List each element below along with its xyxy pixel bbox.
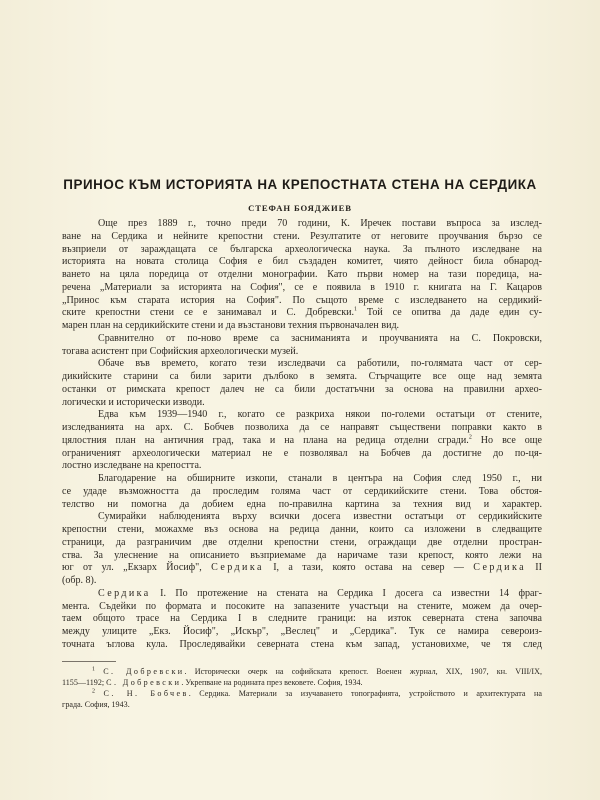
text-line: крепостни стени, можахме въз основа на р… — [62, 524, 542, 537]
text-line: изследванията на арх. С. Бобчев позволих… — [62, 422, 542, 435]
text-segment: II — [526, 562, 542, 573]
footnote-text: . Укрепване на родината през вековете. С… — [181, 678, 362, 687]
paragraph: Едва към 1939—1940 г., когато се разкрих… — [62, 409, 542, 473]
text-line: телство ни помогна да добием една по-пра… — [62, 499, 542, 512]
footnote-2-cont: града. София, 1943. — [62, 699, 542, 710]
footnote-text: 1155—1192; — [62, 678, 106, 687]
text-line: страници, да разграничим две отделни кре… — [62, 537, 542, 550]
article-title: ПРИНОС КЪМ ИСТОРИЯТА НА КРЕПОСТНАТА СТЕН… — [0, 177, 600, 192]
text-line: мента. Съдейки по формата и посоките на … — [62, 601, 542, 614]
text-line: Благодарение на обширните изкопи, станал… — [62, 473, 542, 486]
text-line: се удаде възможността да проследим голям… — [62, 486, 542, 499]
text-line: Едва към 1939—1940 г., когато се разкрих… — [62, 409, 542, 422]
text-segment: Но все още — [472, 435, 542, 446]
footnotes: 1 С. Добревски. Исторически очерк на соф… — [62, 666, 542, 710]
text-line: речена „Материали за историята на София"… — [62, 282, 542, 295]
footnote-author: С. Добревски — [106, 678, 181, 687]
section-lead-term: Сердика — [98, 588, 151, 599]
text-line: Обаче във времето, когато тези изследвач… — [62, 358, 542, 371]
text-line: Сравнително от по-ново време са засниман… — [62, 333, 542, 346]
scanned-page: ПРИНОС КЪМ ИСТОРИЯТА НА КРЕПОСТНАТА СТЕН… — [0, 0, 600, 800]
footnote-1: 1 С. Добревски. Исторически очерк на соф… — [62, 666, 542, 677]
text-line: Сердика I. По протежение на стената на С… — [62, 588, 542, 601]
text-line: логически и исторически изводи. — [62, 397, 542, 410]
text-line: цялостния план на античния град, така и … — [62, 435, 542, 448]
paragraph: Сердика I. По протежение на стената на С… — [62, 588, 542, 652]
article-author: СТЕФАН БОЯДЖИЕВ — [0, 203, 600, 213]
text-line: ването на цяла поредица от отделни моног… — [62, 269, 542, 282]
text-segment: юг от ул. „Екзарх Йосиф", — [62, 562, 211, 573]
text-line: марен план на сердикийските стени и да в… — [62, 320, 542, 333]
text-line: историята на новата столица София е бил … — [62, 256, 542, 269]
text-line: останки от римската крепост далеч не са … — [62, 384, 542, 397]
text-line: между улиците „Екз. Йосиф", „Искър", „Ве… — [62, 626, 542, 639]
text-segment: Той се опитва да даде един су- — [357, 307, 542, 318]
footnote-text: . Исторически очерк на софийската крепос… — [185, 667, 542, 676]
text-segment: цялостния план на античния град, така и … — [62, 435, 469, 446]
text-line: таем общото трасе на Сердика I в следнит… — [62, 613, 542, 626]
footnote-author: С. Добревски — [103, 667, 184, 676]
text-segment: ските крепостни стени се е занимавал и С… — [62, 307, 354, 318]
footnote-marker: 1 — [92, 666, 95, 672]
paragraph: Още през 1889 г., точно преди 70 години,… — [62, 218, 542, 333]
text-line: възприели от зараждащата се българска ар… — [62, 244, 542, 257]
text-line: тогава асистент при Софийския археологич… — [62, 346, 542, 359]
text-line: Сумирайки наблюденията върху всички досе… — [62, 511, 542, 524]
footnote-author: С. Н. Бобчев — [104, 689, 189, 698]
footnote-2: 2 С. Н. Бобчев. Сердика. Материали за из… — [62, 688, 542, 699]
paragraph: Сравнително от по-ново време са засниман… — [62, 333, 542, 359]
text-segment: I. По протежение на стената на Сердика I… — [151, 588, 542, 599]
text-line: ските крепостни стени се е занимавал и С… — [62, 307, 542, 320]
footnote-text: . Сердика. Материали за изучаването топо… — [189, 689, 542, 698]
text-line: ства. За улеснение на описанието възприе… — [62, 550, 542, 563]
text-segment: I, а тази, която остава на север — — [264, 562, 473, 573]
footnote-1-cont: 1155—1192; С. Добревски. Укрепване на ро… — [62, 677, 542, 688]
spaced-term: Сердика — [211, 562, 264, 573]
text-line: точната ъглова кула. Проследявайки север… — [62, 639, 542, 652]
text-line: ване на Сердика и нейните крепостни стен… — [62, 231, 542, 244]
paragraph: Сумирайки наблюденията върху всички досе… — [62, 511, 542, 588]
text-line: Още през 1889 г., точно преди 70 години,… — [62, 218, 542, 231]
text-line: ограниченият археологически материал не … — [62, 448, 542, 461]
footnote-marker: 2 — [92, 688, 95, 694]
article-body: Още през 1889 г., точно преди 70 години,… — [62, 218, 542, 652]
text-line: лостно изследване на крепостта. — [62, 460, 542, 473]
text-line: юг от ул. „Екзарх Йосиф", Сердика I, а т… — [62, 562, 542, 575]
paragraph: Благодарение на обширните изкопи, станал… — [62, 473, 542, 511]
paragraph: Обаче във времето, когато тези изследвач… — [62, 358, 542, 409]
text-line: дикийските старини са били зарити дълбок… — [62, 371, 542, 384]
text-line: (обр. 8). — [62, 575, 542, 588]
footnote-divider — [62, 661, 116, 662]
text-line: „Принос към старата история на София". П… — [62, 295, 542, 308]
spaced-term: Сердика — [473, 562, 526, 573]
